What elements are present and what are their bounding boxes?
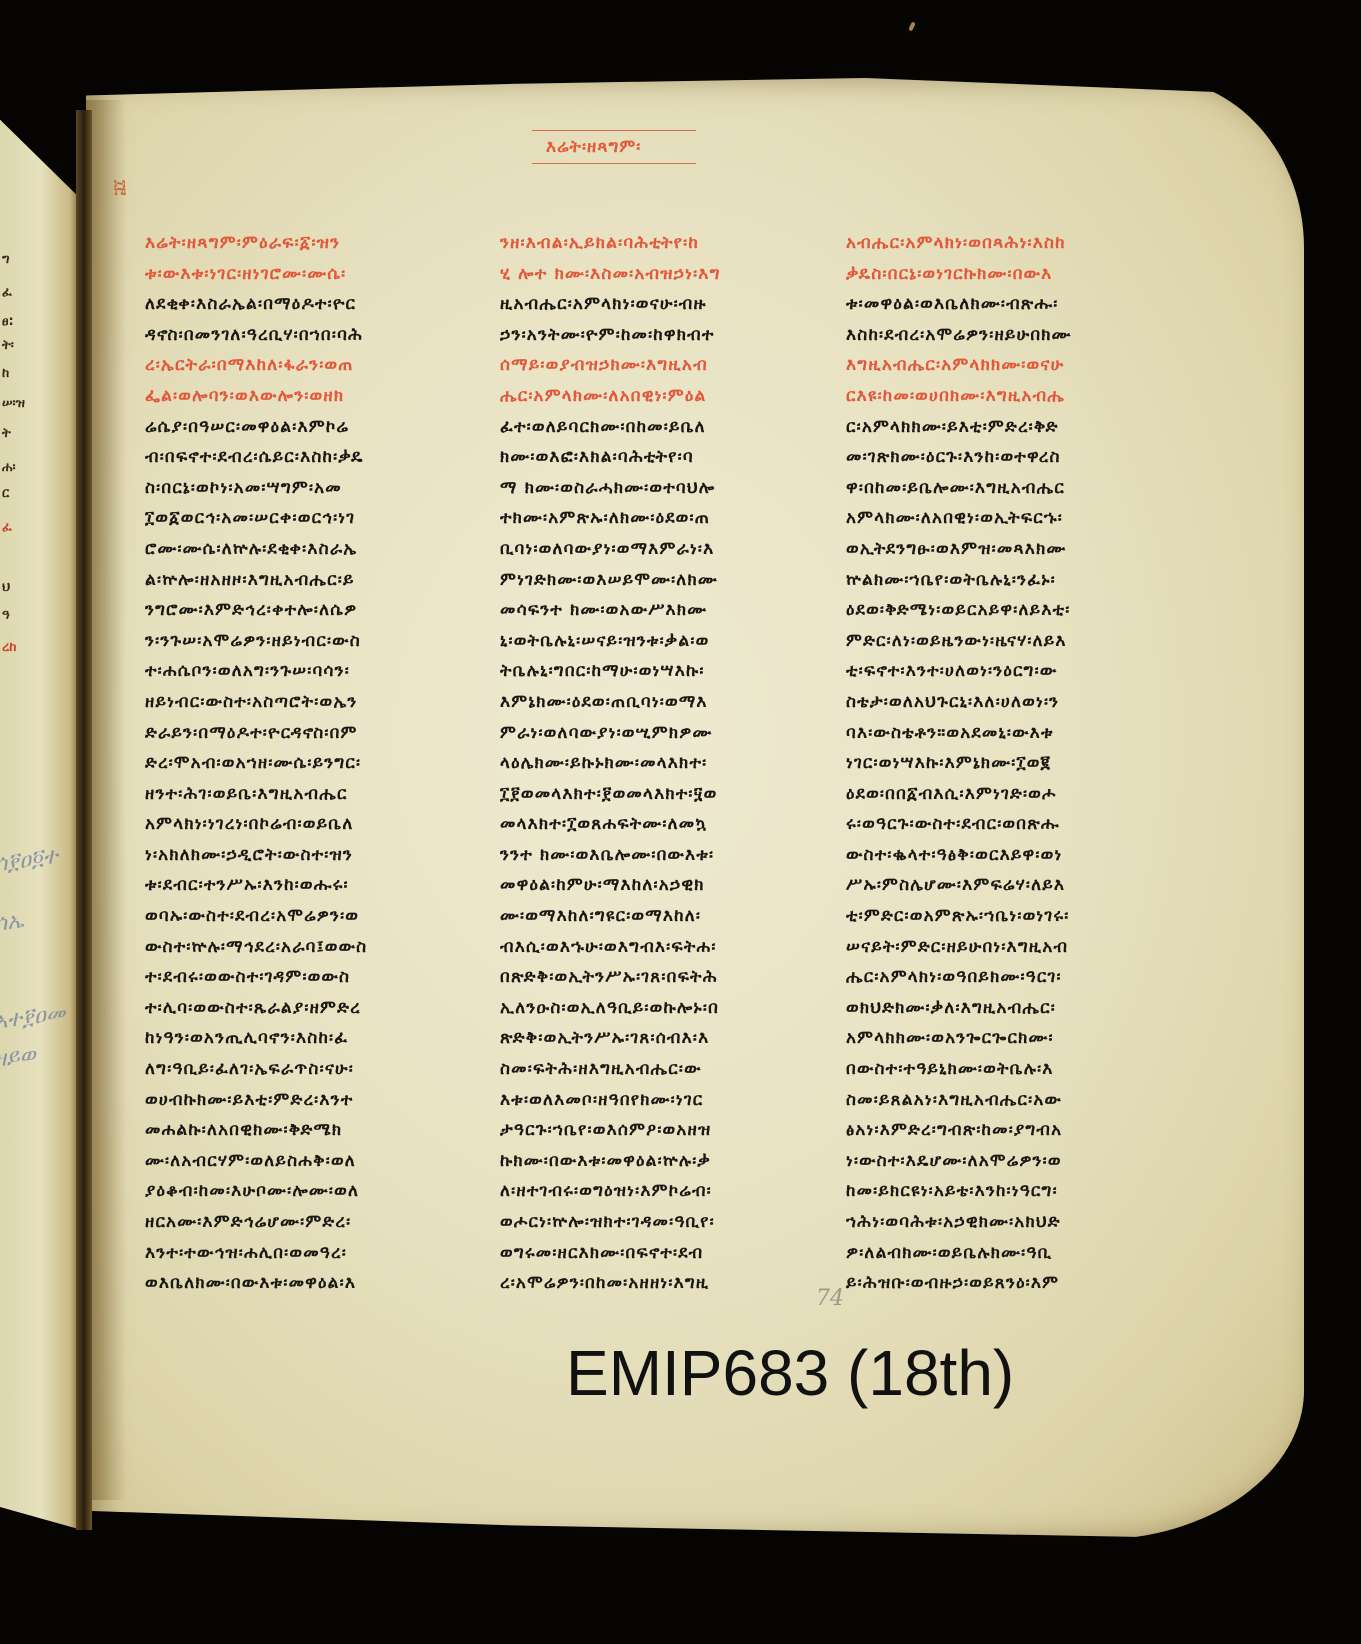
manuscript-photograph: ግፈፀ:ት፡ከሠ፡ዝትሐ፡ርፈህዓረከሰ፻ዐ፬ተሰኤአተ፻ዐመዘይወ እሬት፡ዘ… [0,0,1361,1644]
text-line: መላእክተ፡፲ወጸሐፍትሙ፡ለመኳ [500,809,810,840]
text-line: ድረ፡ሞአብ፡ወአኀዘ፡ሙሴ፡ይንግር፡ [145,748,445,779]
facing-page-fragment: ከ [2,366,9,381]
text-line: ኵልክሙ፡ኀቤየ፡ወትቤሉኒ፡ንፈኑ፡ [846,565,1126,596]
rubric-line: ፌል፡ወሎባን፡ወእውሎን፡ወዘክ [145,381,445,412]
text-line: ሥኡ፡ምስሌሆሙ፡እምፍሬሃ፡ለይእ [846,870,1126,901]
text-line: አምላክክሙ፡ወአንጐርጐርክሙ፡ [846,1023,1126,1054]
text-line: ፅአነ፡እምድረ፡ግብጽ፡ከመ፡ያግብአ [846,1115,1126,1146]
text-line: ከመ፡ይክርዩነ፡አይቴ፡እንከ፡ነዓርግ፡ [846,1176,1126,1207]
text-line: እቱ፡ወለእመቦ፡ዘዓበየክሙ፡ነገር [500,1085,810,1116]
text-line: ስቴታ፡ወለአህጉርኒ፡እለ፡ሀለወነ፡ን [846,687,1126,718]
facing-page-fragment: ሐ፡ [2,460,16,475]
text-line: ቱ፡ደብር፡ተንሥኡ፡እንከ፡ወሑሩ፡ [145,870,445,901]
text-line: ላዕሌክሙ፡ይኩኑክሙ፡መላእክተ፡ [500,748,810,779]
text-line: ኃን፡አንትሙ፡ዮም፡ከመ፡ከዋክብተ [500,320,810,351]
facing-page-fragment: ግ [2,252,10,267]
text-line: ምድር፡ለነ፡ወይዜንውነ፡ዜናሃ፡ለይእ [846,626,1126,657]
text-line: ዳኖስ፡በመንገለ፡ዓረቢሃ፡በኀበ፡ባሕ [145,320,445,351]
text-line: ንግሮሙ፡እምድኅረ፡ቀተሎ፡ለሴዎ [145,595,445,626]
rubric-line: ረ፡ኤርትራ፡በማእከለ፡ፋራን፡ወጠ [145,350,445,381]
rubric-line: እግዚአብሔር፡አምላክክሙ፡ወናሁ [846,350,1126,381]
text-line: ወኢትደንግፁ፡ወእምዝ፡መጻእክሙ [846,534,1126,565]
text-line: መሐልኩ፡ለአበዊክሙ፡ቅድሜክ [145,1115,445,1146]
text-line: ር፡አምላክክሙ፡ይእቲ፡ምድረ፡ቅድ [846,412,1126,443]
text-line: ያዕቆብ፡ከመ፡እሁቦሙ፡ሎሙ፡ወለ [145,1176,445,1207]
text-line: ዕደወ፡በበ፩ብእሲ፡እምነገድ፡ወሖ [846,779,1126,810]
text-line: ለ፡ዘተገብሩ፡ወግዕዝነ፡እምኮሬብ፡ [500,1176,810,1207]
book-gutter [76,110,92,1530]
facing-page-fragment: ር [2,486,9,501]
text-line: ን፡ንጉሠ፡አሞሬዎን፡ዘይነብር፡ውስ [145,626,445,657]
text-line: በውስተ፡ተዓይኒክሙ፡ወትቤሉ፡እ [846,1054,1126,1085]
rubric-line: ቱ፡ውእቱ፡ነገር፡ዘነገሮሙ፡ሙሴ፡ [145,259,445,290]
text-line: ወክህድክሙ፡ቃለ፡እግዚአብሔር፡ [846,993,1126,1024]
text-line: በጽድቅ፡ወኢትንሥኡ፡ገጸ፡በፍትሕ [500,962,810,993]
text-line: ፲፻ወመላእክተ፡፻ወመላእክተ፡፶ወ [500,779,810,810]
text-line: ብ፡በፍኖተ፡ደብረ፡ሴይር፡እስከ፡ቃዴ [145,442,445,473]
text-line: ምራነ፡ወለባውያነ፡ወሢምክዎሙ [500,718,810,749]
text-line: ሙ፡ለአብርሃም፡ወለይስሐቅ፡ወለ [145,1146,445,1177]
facing-page-fragment: ት [2,426,11,441]
text-line: ሩ፡ወዓርጉ፡ውስተ፡ደብር፡ወበጽሑ [846,809,1126,840]
text-line: መዋዕል፡ከምሁ፡ማእከለ፡አኃዊክ [500,870,810,901]
text-line: ነ፡ውስተ፡እዴሆሙ፡ለአሞሬዎን፡ወ [846,1146,1126,1177]
text-column-1: እሬት፡ዘጻግም፡ምዕራፍ፡፩፡ዝንቱ፡ውእቱ፡ነገር፡ዘነገሮሙ፡ሙሴ፡ለደቂ… [145,228,445,1299]
rubric-line: አብሔር፡አምላክነ፡ወበጻሕነ፡እስከ [846,228,1126,259]
text-line: ጽድቅ፡ወኢትንሥኡ፡ገጸ፡ሰብእ፡እ [500,1023,810,1054]
text-line: ቲ፡ምድር፡ወአምጽኡ፡ኀቤነ፡ወነገሩ፡ [846,901,1126,932]
text-line: እምኔክሙ፡ዕደወ፡ጠቢባነ፡ወማእ [500,687,810,718]
text-line: ንንተ ክሙ፡ወእቤሎሙ፡በውእቱ፡ [500,840,810,871]
text-line: ለግ፡ዓቢይ፡ፈለገ፡ኤፍራጥስ፡ናሁ፡ [145,1054,445,1085]
text-line: ሔር፡አምላክነ፡ወዓበይክሙ፡ዓርገ፡ [846,962,1126,993]
text-line: ነገር፡ወነሣእኩ፡እምኔክሙ፡፲ወ፪ [846,748,1126,779]
facing-page-fragment: ዓ [2,608,10,623]
quire-mark: ፲፫ [112,180,128,195]
text-line: ከነዓን፡ወአንጢሊባኖን፡እስከ፡ፈ [145,1023,445,1054]
facing-page-fragment: ረከ [2,640,16,655]
text-line: ሙ፡ወማእከለ፡ግዩር፡ወማእከለ፡ [500,901,810,932]
page-edge-stain [86,100,126,1500]
text-line: ተ፡ደብሩ፡ወውስተ፡ገዳም፡ወውስ [145,962,445,993]
text-line: ዕደወ፡ቅድሜነ፡ወይርአይዋ፡ለይእቲ፡ [846,595,1126,626]
rubric-line: ሰማይ፡ወያብዝኃክሙ፡እግዚአብ [500,350,810,381]
text-line: ሮሙ፡ሙሴ፡ለኵሉ፡ደቂቀ፡እስራኤ [145,534,445,565]
text-line: ውስተ፡ኵሉ፡ማኅደረ፡አራባ፤ወውስ [145,932,445,963]
text-line: ፲ወ፩ወርኅ፡አመ፡ሠርቀ፡ወርኅ፡ነገ [145,503,445,534]
text-column-2: ንዘ፡እብል፡ኢይክል፡ባሕቲትየ፡ከሂ ሎተ ክሙ፡እስመ፡አብዝኃነ፡እግዚ… [500,228,810,1299]
text-column-3: አብሔር፡አምላክነ፡ወበጻሕነ፡እስከቃዴስ፡በርኔ፡ወነገርኩክሙ፡በውእቱ… [846,228,1126,1299]
text-line: ምነገድክሙ፡ወእሠይሞሙ፡ለክሙ [500,565,810,596]
text-line: ኩክሙ፡በውእቱ፡መዋዕል፡ኵሉ፡ቃ [500,1146,810,1177]
text-line: ሠናይት፡ምድር፡ዘይሁበነ፡እግዚአብ [846,932,1126,963]
folio-number: 74 [816,1286,844,1311]
facing-page-fragment: ፀ: [2,314,14,329]
text-line: እንተ፡ተውኅዝ፡ሐሊበ፡ወመዓረ፡ [145,1238,445,1269]
text-line: ስ፡በርኔ፡ወኮነ፡አመ፡ሣግም፡አመ [145,473,445,504]
page-heading-rubric: እሬት፡ዘጻግም፡ [532,130,696,164]
debris-speck [908,22,915,32]
text-line: ፈተ፡ወለይባርክሙ፡በከመ፡ይቤለ [500,412,810,443]
text-line: ወግሩመ፡ዘርእክሙ፡በፍኖተ፡ደብ [500,1238,810,1269]
text-line: ይ፡ሕዝቡ፡ወብዙኃ፡ወይጸንዕ፡እም [846,1268,1126,1299]
text-line: ድራይን፡በማዕዶተ፡ዮርዳኖስ፡በም [145,718,445,749]
text-line: ለደቂቀ፡እስራኤል፡በማዕዶተ፡ዮር [145,289,445,320]
text-line: ወሖርነ፡ኵሎ፡ዝክተ፡ገዳመ፡ዓቢየ፡ [500,1207,810,1238]
text-line: ወእቤለክሙ፡በውእቱ፡መዋዕል፡እ [145,1268,445,1299]
text-line: ዋ፡በከመ፡ይቤሎሙ፡እግዚአብሔር [846,473,1126,504]
rubric-line: እሬት፡ዘጻግም፡ምዕራፍ፡፩፡ዝን [145,228,445,259]
pencil-annotation: ሰኤ [0,908,25,937]
rubric-line: ሂ ሎተ ክሙ፡እስመ፡አብዝኃነ፡እግ [500,259,810,290]
text-line: ል፡ኵሎ፡ዘአዘዞ፡እግዚአብሔር፡ይ [145,565,445,596]
text-line: ብእሲ፡ወእኁሁ፡ወእግብእ፡ፍትሐ፡ [500,932,810,963]
text-line: ዎ፡ለልብክሙ፡ወይቤሉክሙ፡ዓቢ [846,1238,1126,1269]
text-line: ባእ፡ውስቴቶን።ወአደመኒ፡ውእቱ [846,718,1126,749]
text-line: ሬሴያ፡በዓሠር፡መዋዕል፡እምኮሬ [145,412,445,443]
facing-page-fragment: ፈ [2,285,12,300]
facing-page-fragment: ት፡ [2,338,14,353]
text-line: ረ፡አሞሬዎን፡በከመ፡አዘዘነ፡እግዚ [500,1268,810,1299]
text-line: ስመ፡ይጸልአነ፡እግዚአብሔር፡አው [846,1085,1126,1116]
text-line: ውስተ፡ቈላተ፡ዓፅቅ፡ወርእይዋ፡ወነ [846,840,1126,871]
text-line: ተ፡ሊባ፡ወውስተ፡ጼራልያ፡ዘምድረ [145,993,445,1024]
text-line: ኀሕነ፡ወባሕቱ፡አኃዊክሙ፡አክህድ [846,1207,1126,1238]
text-line: አምላክነ፡ነገረነ፡በኮሬብ፡ወይቤለ [145,809,445,840]
text-line: ዚአብሔር፡አምላክነ፡ወናሁ፡ብዙ [500,289,810,320]
text-line: ማ ክሙ፡ወስራሓክሙ፡ወተባህሎ [500,473,810,504]
text-line: ትቤሉኒ፡ግበር፡ከማሁ፡ወነሣእኩ፡ [500,656,810,687]
text-line: ወባኡ፡ውስተ፡ደብረ፡አሞሬዎን፡ወ [145,901,445,932]
text-line: ተክሙ፡አምጽኡ፡ለክሙ፡ዕደወ፡ጠ [500,503,810,534]
text-line: አምላክሙ፡ለአበዊነ፡ወኢትፍርኁ፡ [846,503,1126,534]
text-line: ቢባነ፡ወለባውያነ፡ወማእምራነ፡እ [500,534,810,565]
text-line: መ፡ገጽክሙ፡ዕርጉ፡እንከ፡ወተዋረስ [846,442,1126,473]
text-line: እስከ፡ደብረ፡አሞሬዎን፡ዘይሁበክሙ [846,320,1126,351]
text-line: ኒ፡ወትቤሉኒ፡ሠናይ፡ዝንቱ፡ቃል፡ወ [500,626,810,657]
text-line: ቲ፡ፍኖተ፡እንተ፡ሀለወነ፡ንዕርግ፡ው [846,656,1126,687]
facing-page-fragment: ሠ፡ዝ [2,396,25,411]
rubric-line: ሔር፡አምላክሙ፡ለአበዊነ፡ምዕል [500,381,810,412]
facing-page-fragment: ፈ [2,520,12,535]
caption-label: EMIP683 (18th) [566,1336,1014,1410]
text-line: ክሙ፡ወእፎ፡እክል፡ባሕቲትየ፡ባ [500,442,810,473]
text-line: ዘይነብር፡ውስተ፡አስጣሮት፡ወኤን [145,687,445,718]
text-line: ታዓርጉ፡ኀቤየ፡ወእሰምዖ፡ወአዘዝ [500,1115,810,1146]
text-line: ነ፡አክለክሙ፡ኃዲሮት፡ውስተ፡ዝን [145,840,445,871]
text-line: ወሀብኩክሙ፡ይእቲ፡ምድረ፡እንተ [145,1085,445,1116]
text-line: ዘንተ፡ሕገ፡ወይቤ፡እግዚአብሔር [145,779,445,810]
text-line: ኢለንዑስ፡ወኢለዓቢይ፡ወኩሎኑ፡በ [500,993,810,1024]
text-line: ተ፡ሐሴቦን፡ወለአግ፡ንጉሠ፡ባሳን፡ [145,656,445,687]
text-line: መሳፍንተ ክሙ፡ወአውሥእክሙ [500,595,810,626]
rubric-line: ንዘ፡እብል፡ኢይክል፡ባሕቲትየ፡ከ [500,228,810,259]
rubric-line: ቃዴስ፡በርኔ፡ወነገርኩክሙ፡በውእ [846,259,1126,290]
facing-page-fragment: ህ [2,580,10,595]
text-line: ስመ፡ፍትሕ፡ዘእግዚአብሔር፡ው [500,1054,810,1085]
text-line: ዘርአሙ፡እምድኅሬሆሙ፡ምድረ፡ [145,1207,445,1238]
rubric-line: ርእዩ፡ከመ፡ወሀበክሙ፡እግዚአብሔ [846,381,1126,412]
text-line: ቱ፡መዋዕል፡ወእቤለክሙ፡ብጽሑ፡ [846,289,1126,320]
